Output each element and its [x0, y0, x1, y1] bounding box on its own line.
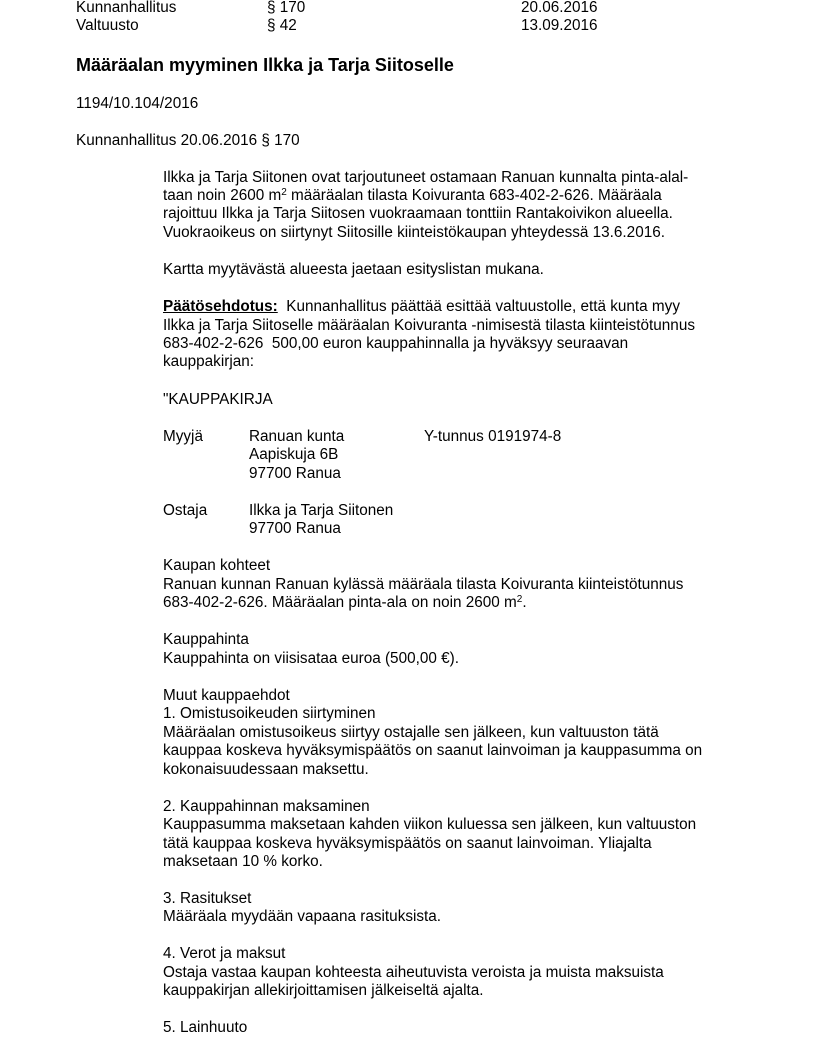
price-text: Kauppahinta on viisisataa euroa (500,00 … [163, 650, 459, 668]
proposal-line-3: 683-402-2-626 500,00 euron kauppahinnall… [163, 335, 628, 353]
buyer-label: Ostaja [163, 502, 207, 520]
seller-line-3: 97700 Ranua [249, 465, 341, 483]
object-line-1: Ranuan kunnan Ranuan kylässä määräala ti… [163, 576, 683, 594]
term-2-line-3: maksetaan 10 % korko. [163, 853, 323, 871]
object-line-2-prefix: 683-402-2-626. Määräalan pinta-ala on no… [163, 594, 517, 611]
term-2-line-2: tätä kauppaa koskeva hyväksymispäätös on… [163, 835, 652, 853]
term-4-line-2: kauppakirjan allekirjoittamisen jälkeise… [163, 982, 484, 1000]
intro-line-1: Ilkka ja Tarja Siitonen ovat tarjoutunee… [163, 169, 688, 187]
proposal-line-1: Päätösehdotus: Kunnanhallitus päättää es… [163, 298, 680, 316]
header-section-1: § 170 [267, 0, 305, 17]
term-3-title: 3. Rasitukset [163, 890, 251, 908]
intro-line-4: Vuokraoikeus on siirtynyt Siitosille kii… [163, 224, 665, 242]
header-body-1: Kunnanhallitus [76, 0, 176, 17]
proposal-line-4: kauppakirjan: [163, 353, 254, 371]
intro-line-2: taan noin 2600 m2 määräalan tilasta Koiv… [163, 187, 662, 205]
term-4-title: 4. Verot ja maksut [163, 945, 285, 963]
proposal-text: Kunnanhallitus päättää esittää valtuusto… [286, 298, 680, 315]
terms-heading: Muut kauppaehdot [163, 687, 290, 705]
object-heading: Kaupan kohteet [163, 557, 270, 575]
seller-label: Myyjä [163, 428, 203, 446]
intro-line-2-prefix: taan noin 2600 m [163, 187, 281, 204]
term-1-title: 1. Omistusoikeuden siirtyminen [163, 705, 376, 723]
header-body-2: Valtuusto [76, 17, 139, 35]
term-4-line-1: Ostaja vastaa kaupan kohteesta aiheutuvi… [163, 964, 664, 982]
superscript: 2 [281, 187, 287, 198]
term-1-line-3: kokonaisuudessaan maksettu. [163, 761, 369, 779]
intro-line-2-rest: määräalan tilasta Koivuranta 683-402-2-6… [291, 187, 662, 204]
case-number: 1194/10.104/2016 [76, 95, 198, 113]
header-date-1: 20.06.2016 [521, 0, 598, 17]
term-5-title: 5. Lainhuuto [163, 1019, 247, 1037]
term-3-line-1: Määräala myydään vapaana rasituksista. [163, 908, 441, 926]
price-heading: Kauppahinta [163, 631, 249, 649]
seller-business-id: Y-tunnus 0191974-8 [424, 428, 561, 446]
term-1-line-1: Määräalan omistusoikeus siirtyy ostajall… [163, 724, 659, 742]
term-2-line-1: Kauppasumma maksetaan kahden viikon kulu… [163, 816, 696, 834]
proposal-line-2: Ilkka ja Tarja Siitoselle määräalan Koiv… [163, 317, 695, 335]
object-line-2-suffix: . [522, 594, 526, 611]
deed-heading: "KAUPPAKIRJA [163, 391, 273, 409]
meeting-reference: Kunnanhallitus 20.06.2016 § 170 [76, 132, 300, 150]
object-line-2: 683-402-2-626. Määräalan pinta-ala on no… [163, 594, 527, 612]
seller-line-2: Aapiskuja 6B [249, 446, 338, 464]
buyer-line-1: Ilkka ja Tarja Siitonen [249, 502, 393, 520]
header-section-2: § 42 [267, 17, 297, 35]
buyer-line-2: 97700 Ranua [249, 520, 341, 538]
term-2-title: 2. Kauppahinnan maksaminen [163, 798, 370, 816]
intro-line-3: rajoittuu Ilkka ja Tarja Siitosen vuokra… [163, 205, 673, 223]
page-title: Määräalan myyminen Ilkka ja Tarja Siitos… [76, 56, 454, 74]
header-date-2: 13.09.2016 [521, 17, 598, 35]
seller-line-1: Ranuan kunta [249, 428, 344, 446]
map-note: Kartta myytävästä alueesta jaetaan esity… [163, 261, 544, 279]
term-1-line-2: kauppaa koskeva hyväksymispäätös on saan… [163, 742, 702, 760]
proposal-label: Päätösehdotus: [163, 298, 278, 315]
